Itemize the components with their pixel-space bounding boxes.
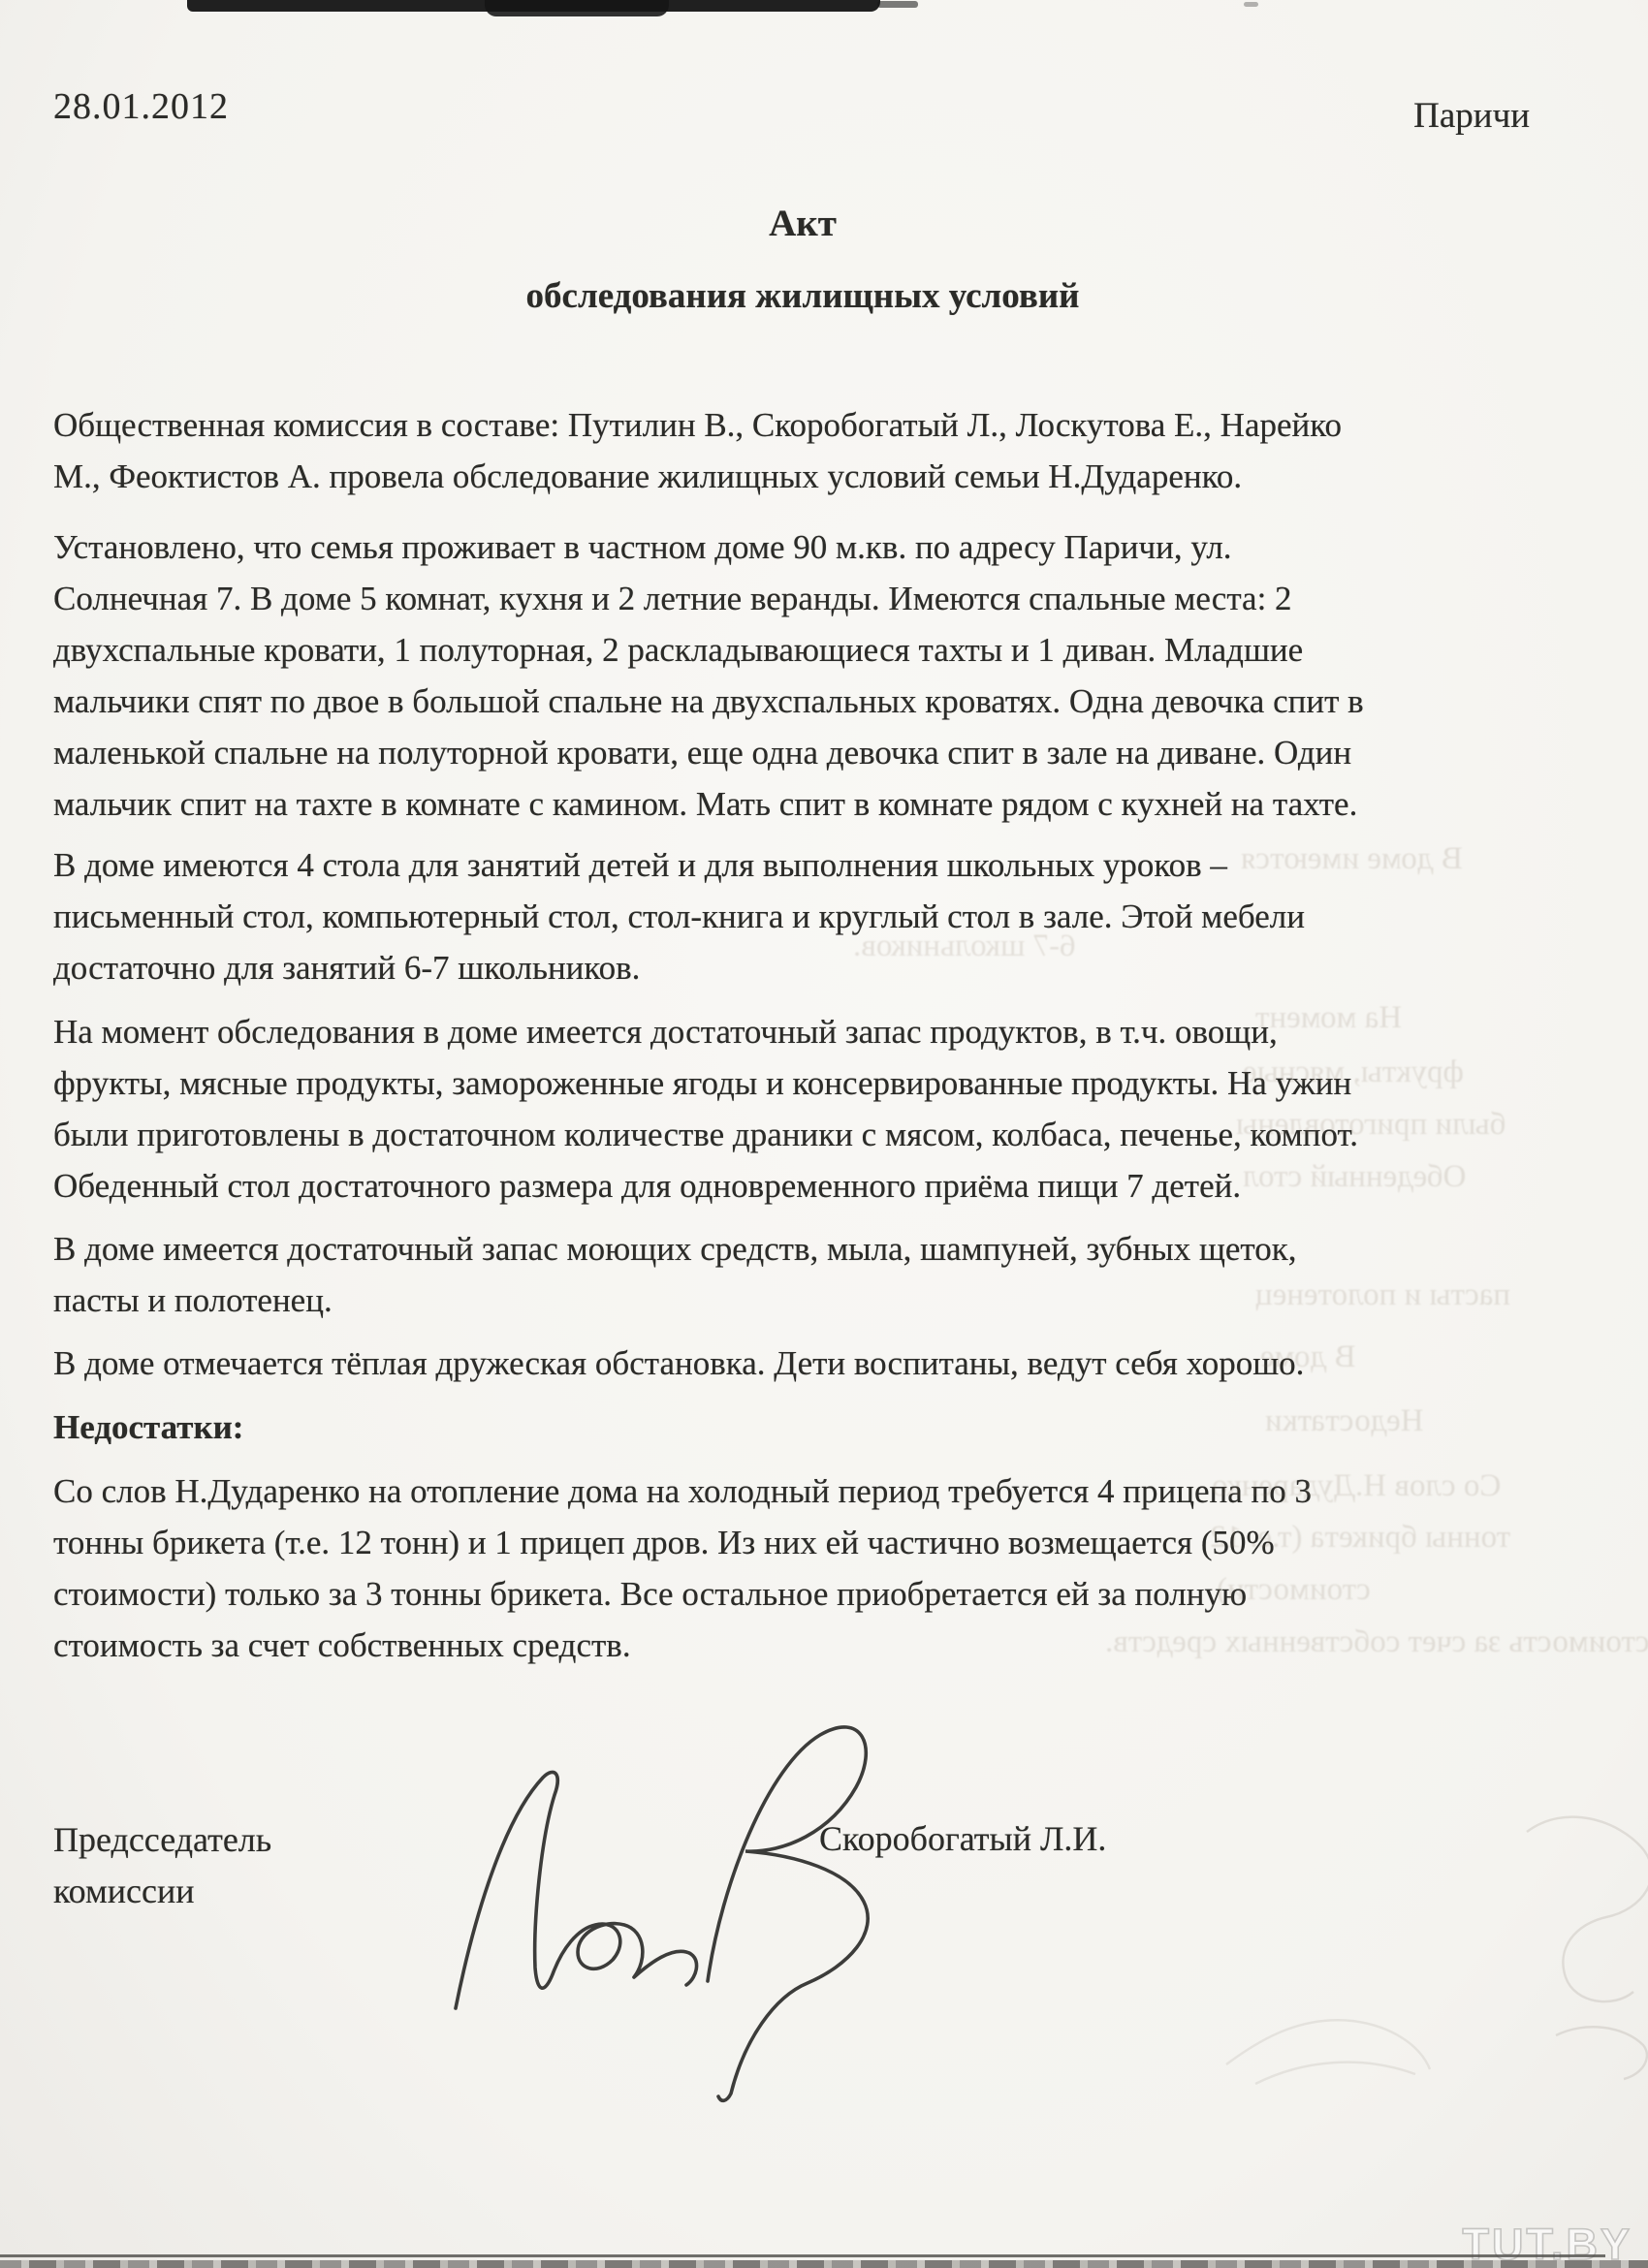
place-name: Паричи <box>1413 95 1530 137</box>
ghost-bleed-text: На момент <box>1255 1000 1402 1036</box>
ghost-bleed-text: были приготовлены <box>1236 1107 1506 1143</box>
document-title: Акт <box>0 202 1627 245</box>
scan-edge-artifact-bottom <box>0 2260 1648 2268</box>
ghost-bleed-text: тонны брикета (т.е. 12 <box>1210 1520 1510 1556</box>
paragraph-commission: Общественная комиссия в составе: Путилин… <box>53 399 1633 502</box>
ghost-bleed-text: 6-7 школьников. <box>853 929 1076 964</box>
ghost-bleed-text: стоимости) <box>1217 1572 1371 1608</box>
ghost-bleed-text: В доме имеются <box>1241 841 1463 877</box>
ghost-bleed-text: пасты и полотенец <box>1255 1277 1510 1313</box>
ghost-bleed-text: В доме <box>1260 1339 1355 1375</box>
scan-edge-artifact-top <box>485 0 669 16</box>
ghost-bleed-text: Обеденный стол <box>1243 1159 1466 1195</box>
document-subtitle: обследования жилищных условий <box>0 275 1627 317</box>
scan-edge-line-bottom <box>0 2254 1605 2257</box>
signature-role-label: Предсседатель комиссии <box>53 1814 271 1917</box>
ghost-bleed-text: Со слов Н.Дударенко <box>1212 1468 1501 1504</box>
scan-edge-artifact-top <box>877 1 918 8</box>
signatory-name: Скоробогатый Л.И. <box>819 1818 1106 1859</box>
scan-edge-artifact-top <box>1244 2 1258 7</box>
paragraph-house: Установлено, что семья проживает в частн… <box>53 521 1633 830</box>
ghost-bleed-text: фрукты, мясные <box>1243 1055 1464 1090</box>
handwritten-signature <box>388 1698 931 2105</box>
document-date: 28.01.2012 <box>53 85 229 128</box>
ghost-bleed-text: стоимость за счет собственных средств. <box>1105 1624 1648 1660</box>
paragraph-atmosphere: В доме отмечается тёплая дружеская обста… <box>53 1338 1633 1389</box>
ghost-scribble <box>1498 1793 1648 2113</box>
scanned-document-page: { "doc": { "date": "28.01.2012", "place"… <box>0 0 1648 2268</box>
ghost-bleed-text: Недостатки <box>1265 1403 1424 1439</box>
ghost-scribble <box>1217 1977 1440 2103</box>
